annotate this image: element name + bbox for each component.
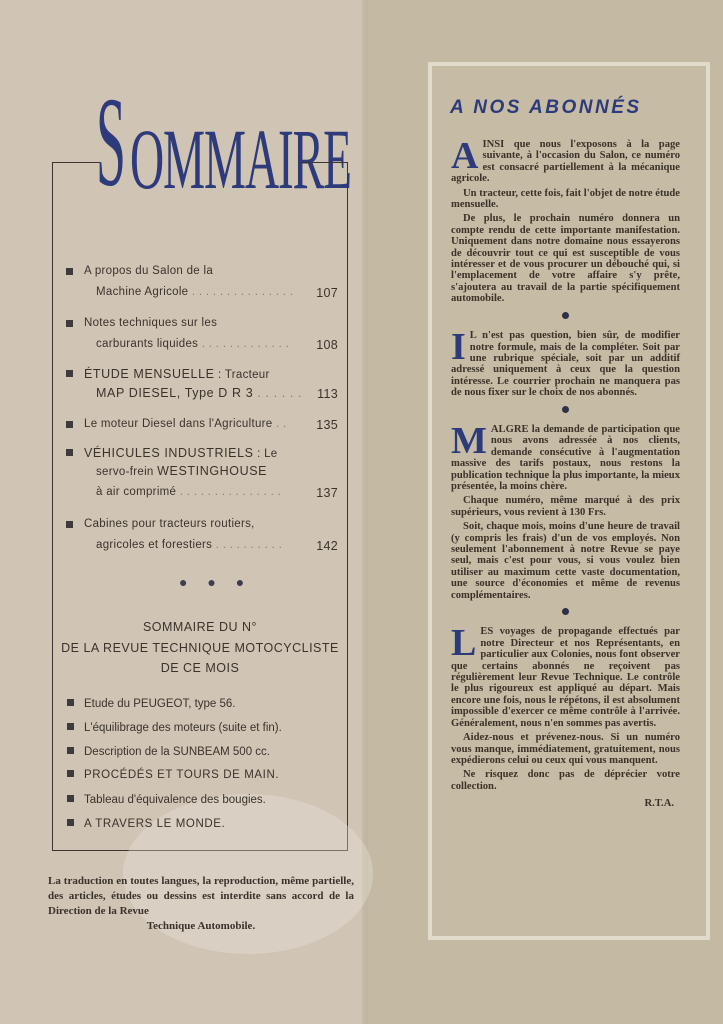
paragraph: MALGRE la demande de participation que n…: [451, 424, 680, 492]
toc-entry[interactable]: Le moteur Diesel dans l'Agriculture . . …: [66, 418, 338, 434]
square-bullet-icon: [66, 320, 73, 327]
toc-page-number: 108: [316, 338, 338, 352]
toc-entry[interactable]: Cabines pour tracteurs routiers, agricol…: [66, 518, 338, 558]
moto-toc-item[interactable]: L'équilibrage des moteurs (suite et fin)…: [67, 722, 282, 734]
toc-entry-title: Le moteur Diesel dans l'Agriculture . .: [84, 418, 286, 430]
moto-toc-item[interactable]: Tableau d'équivalence des bougies.: [67, 794, 266, 806]
square-bullet-icon: [66, 449, 73, 456]
moto-summary-heading: SOMMAIRE DU N°: [53, 620, 347, 634]
toc-entry-title: A propos du Salon de la: [84, 265, 213, 277]
moto-toc-item[interactable]: A TRAVERS LE MONDE.: [67, 818, 225, 830]
drop-cap: A: [451, 140, 478, 172]
notice-section: LES voyages de propagande effectués par …: [451, 626, 680, 792]
drop-cap: I: [451, 331, 466, 363]
dot-separator-icon: [451, 405, 680, 416]
notice-section: MALGRE la demande de participation que n…: [451, 424, 680, 601]
square-bullet-icon: [66, 370, 73, 377]
square-bullet-icon: [67, 747, 74, 754]
toc-entry[interactable]: A propos du Salon de la Machine Agricole…: [66, 265, 338, 305]
moto-summary-heading-2: DE LA REVUE TECHNIQUE MOTOCYCLISTE: [53, 641, 347, 655]
toc-entry[interactable]: VÉHICULES INDUSTRIELS : Le servo-frein W…: [66, 446, 338, 506]
square-bullet-icon: [67, 699, 74, 706]
notice-body: AINSI que nous l'exposons à la page suiv…: [451, 139, 680, 810]
toc-entry[interactable]: Notes techniques sur les carburants liqu…: [66, 317, 338, 357]
toc-entry-subtitle: Machine Agricole . . . . . . . . . . . .…: [96, 286, 293, 298]
paragraph: Chaque numéro, même marqué à des prix su…: [451, 495, 680, 518]
toc-page-number: 142: [316, 539, 338, 553]
toc-entry-title: Notes techniques sur les: [84, 317, 217, 329]
drop-cap: M: [451, 425, 487, 457]
three-dot-separator: ● ● ●: [179, 574, 252, 590]
paragraph: Soit, chaque mois, moins d'une heure de …: [451, 521, 680, 601]
square-bullet-icon: [66, 268, 73, 275]
toc-entry-subtitle: carburants liquides . . . . . . . . . . …: [96, 338, 289, 350]
toc-page-number: 135: [316, 418, 338, 432]
toc-page-number: 113: [317, 387, 338, 401]
notice-title: A NOS ABONNÉS: [450, 97, 680, 119]
paragraph: De plus, le prochain numéro donnera un c…: [451, 213, 680, 304]
dot-separator-icon: [451, 311, 680, 322]
square-bullet-icon: [67, 723, 74, 730]
paragraph: LES voyages de propagande effectués par …: [451, 626, 680, 729]
dot-separator-icon: [451, 607, 680, 618]
frame-top-left-rule: [52, 162, 100, 163]
toc-entry-title: VÉHICULES INDUSTRIELS : Le: [84, 446, 277, 460]
paragraph: Aidez-nous et prévenez-nous. Si un numér…: [451, 732, 680, 766]
toc-entry[interactable]: ÉTUDE MENSUELLE : Tracteur MAP DIESEL, T…: [66, 367, 338, 407]
toc-entry-subtitle: servo-frein WESTINGHOUSE: [96, 464, 267, 478]
signature: R.T.A.: [451, 798, 680, 809]
paragraph: AINSI que nous l'exposons à la page suiv…: [451, 139, 680, 185]
toc-entry-title: Cabines pour tracteurs routiers,: [84, 518, 255, 530]
moto-toc-item[interactable]: Description de la SUNBEAM 500 cc.: [67, 746, 270, 758]
toc-page-number: 107: [316, 286, 338, 300]
moto-toc-item[interactable]: Etude du PEUGEOT, type 56.: [67, 698, 236, 710]
toc-frame: A propos du Salon de la Machine Agricole…: [52, 162, 348, 851]
drop-cap: L: [451, 627, 476, 659]
square-bullet-icon: [67, 770, 74, 777]
square-bullet-icon: [66, 421, 73, 428]
toc-page-number: 137: [316, 486, 338, 500]
toc-entry-subtitle: MAP DIESEL, Type D R 3 . . . . . .: [96, 386, 302, 400]
paragraph: Ne risquez donc pas de déprécier votre c…: [451, 769, 680, 792]
paragraph: Un tracteur, cette fois, fait l'objet de…: [451, 188, 680, 211]
square-bullet-icon: [67, 795, 74, 802]
toc-entry-subtitle: agricoles et forestiers . . . . . . . . …: [96, 539, 282, 551]
moto-toc-item[interactable]: PROCÉDÉS ET TOURS DE MAIN.: [67, 769, 279, 781]
moto-summary-heading-3: DE CE MOIS: [53, 661, 347, 675]
square-bullet-icon: [66, 521, 73, 528]
copyright-notice: La traduction en toutes langues, la repr…: [48, 874, 354, 934]
square-bullet-icon: [67, 819, 74, 826]
paragraph: IL n'est pas question, bien sûr, de modi…: [451, 330, 680, 398]
toc-entry-subtitle-2: à air comprimé . . . . . . . . . . . . .…: [96, 486, 281, 498]
frame-top-right-rule: [300, 162, 348, 163]
notice-section: AINSI que nous l'exposons à la page suiv…: [451, 139, 680, 305]
notice-section: IL n'est pas question, bien sûr, de modi…: [451, 330, 680, 398]
toc-entry-title: ÉTUDE MENSUELLE : Tracteur: [84, 367, 270, 381]
